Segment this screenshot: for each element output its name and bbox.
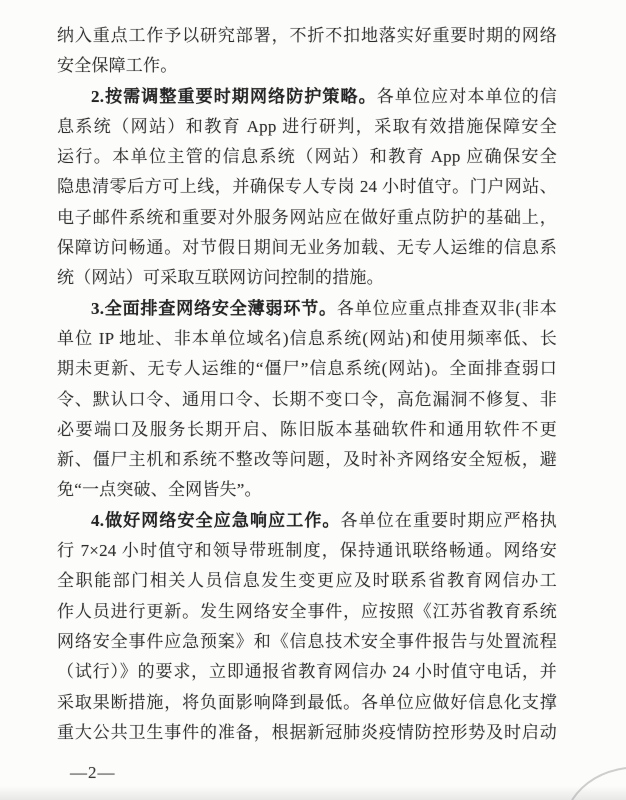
text-line: 运行。本单位主管的信息系统（网站）和教育 App 应确保安全 — [57, 142, 557, 172]
text-line: 息系统（网站）和教育 App 进行研判，采取有效措施保障安全 — [57, 112, 557, 142]
text-run: 统（网站）可采取互联网访问控制的措施。 — [57, 268, 384, 287]
text-line: 必要端口及服务长期开启、陈旧版本基础软件和通用软件不更 — [57, 415, 557, 445]
paragraph-lead-bold: 3.全面排查网络安全薄弱环节。 — [91, 299, 337, 318]
text-run: 运行。本单位主管的信息系统（网站）和教育 App 应确保安全 — [57, 147, 557, 166]
text-run: 重大公共卫生事件的准备，根据新冠肺炎疫情防控形势及时启动 — [57, 723, 557, 742]
document-body: 纳入重点工作予以研究部署，不折不扣地落实好重要时期的网络安全保障工作。2.按需调… — [57, 21, 557, 748]
paragraph-lead-bold: 4.做好网络安全应急响应工作。 — [91, 511, 341, 530]
paragraph-lead-bold: 2.按需调整重要时期网络防护策略。 — [91, 87, 377, 106]
text-line: 作人员进行更新。发生网络安全事件，应按照《江苏省教育系统 — [57, 597, 557, 627]
text-run: 单位 IP 地址、非本单位域名)信息系统(网站)和使用频率低、长 — [57, 329, 557, 348]
text-run: 新、僵尸主机和系统不整改等问题，及时补齐网络安全短板，避 — [57, 450, 557, 469]
text-run: 令、默认口令、通用口令、长期不变口令，高危漏洞不修复、非 — [57, 390, 557, 409]
text-line: 令、默认口令、通用口令、长期不变口令，高危漏洞不修复、非 — [57, 385, 557, 415]
text-line: 采取果断措施，将负面影响降到最低。各单位应做好信息化支撑 — [57, 688, 557, 718]
text-line: 重大公共卫生事件的准备，根据新冠肺炎疫情防控形势及时启动 — [57, 718, 557, 748]
text-run: 各单位应对本单位的信 — [377, 87, 557, 106]
text-line: 2.按需调整重要时期网络防护策略。各单位应对本单位的信 — [57, 82, 557, 112]
text-run: 采取果断措施，将负面影响降到最低。各单位应做好信息化支撑 — [57, 693, 557, 712]
text-run: 作人员进行更新。发生网络安全事件，应按照《江苏省教育系统 — [57, 602, 557, 621]
text-run: 各单位在重要时期应严格执 — [341, 511, 557, 530]
text-run: 各单位应重点排查双非(非本 — [337, 299, 557, 318]
text-line: 免“一点突破、全网皆失”。 — [57, 475, 557, 505]
text-line: 纳入重点工作予以研究部署，不折不扣地落实好重要时期的网络 — [57, 21, 557, 51]
text-run: 电子邮件系统和重要对外服务网站应在做好重点防护的基础上， — [57, 208, 557, 227]
text-run: 息系统（网站）和教育 App 进行研判，采取有效措施保障安全 — [57, 117, 557, 136]
text-run: 行 7×24 小时值守和领导带班制度，保持通讯联络畅通。网络安 — [57, 541, 557, 560]
scan-bottom-shadow — [0, 786, 626, 800]
text-line: 新、僵尸主机和系统不整改等问题，及时补齐网络安全短板，避 — [57, 445, 557, 475]
text-run: （试行）》的要求，立即通报省教育网信办 24 小时值守电话，并 — [57, 662, 557, 681]
text-run: 免“一点突破、全网皆失”。 — [57, 480, 262, 499]
scan-corner-artifact — [534, 744, 626, 800]
text-line: 隐患清零后方可上线，并确保专人专岗 24 小时值守。门户网站、 — [57, 172, 557, 202]
page-number: —2— — [70, 761, 116, 785]
text-line: （试行）》的要求，立即通报省教育网信办 24 小时值守电话，并 — [57, 657, 557, 687]
text-line: 行 7×24 小时值守和领导带班制度，保持通讯联络畅通。网络安 — [57, 536, 557, 566]
text-line: 全职能部门相关人员信息发生变更应及时联系省教育网信办工 — [57, 566, 557, 596]
text-line: 安全保障工作。 — [57, 51, 557, 81]
text-line: 4.做好网络安全应急响应工作。各单位在重要时期应严格执 — [57, 506, 557, 536]
text-line: 保障访问畅通。对节假日期间无业务加载、无专人运维的信息系 — [57, 233, 557, 263]
text-line: 电子邮件系统和重要对外服务网站应在做好重点防护的基础上， — [57, 203, 557, 233]
text-run: 全职能部门相关人员信息发生变更应及时联系省教育网信办工 — [57, 571, 557, 590]
text-run: 期未更新、无专人运维的“僵尸”信息系统(网站)。全面排查弱口 — [57, 359, 557, 378]
text-line: 网络安全事件应急预案》和《信息技术安全事件报告与处置流程 — [57, 627, 557, 657]
text-line: 单位 IP 地址、非本单位域名)信息系统(网站)和使用频率低、长 — [57, 324, 557, 354]
text-run: 网络安全事件应急预案》和《信息技术安全事件报告与处置流程 — [57, 632, 557, 651]
text-line: 统（网站）可采取互联网访问控制的措施。 — [57, 263, 557, 293]
scanned-document-page: 纳入重点工作予以研究部署，不折不扣地落实好重要时期的网络安全保障工作。2.按需调… — [0, 0, 626, 800]
text-run: 保障访问畅通。对节假日期间无业务加载、无专人运维的信息系 — [57, 238, 557, 257]
text-run: 隐患清零后方可上线，并确保专人专岗 24 小时值守。门户网站、 — [57, 177, 557, 196]
text-line: 期未更新、无专人运维的“僵尸”信息系统(网站)。全面排查弱口 — [57, 354, 557, 384]
text-line: 3.全面排查网络安全薄弱环节。各单位应重点排查双非(非本 — [57, 294, 557, 324]
text-run: 纳入重点工作予以研究部署，不折不扣地落实好重要时期的网络 — [57, 26, 557, 45]
text-run: 必要端口及服务长期开启、陈旧版本基础软件和通用软件不更 — [57, 420, 557, 439]
text-run: 安全保障工作。 — [57, 56, 177, 75]
